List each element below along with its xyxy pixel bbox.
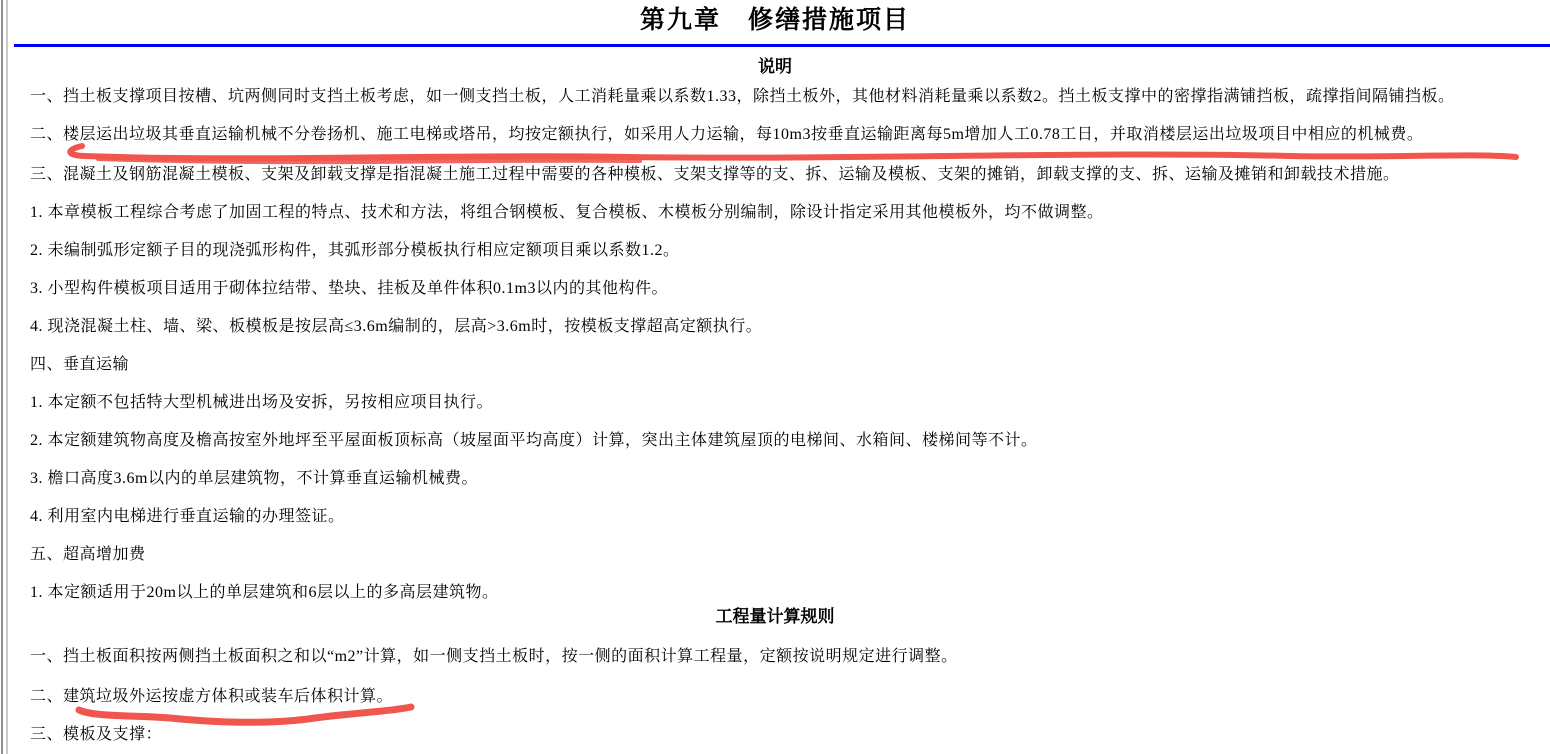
- paragraph-rule-1: 一、挡土板面积按两侧挡土板面积之和以“m2”计算，如一侧支挡土板时，按一侧的面积…: [30, 646, 958, 667]
- red-underline-paragraph-two-thick-icon: [98, 159, 640, 162]
- paragraph-shuoming-4-4: 4. 利用室内电梯进行垂直运输的办理签证。: [30, 506, 345, 527]
- paragraph-shuoming-4: 四、垂直运输: [30, 354, 129, 375]
- red-underline-paragraph-two-icon: [70, 146, 1516, 158]
- paragraph-shuoming-5-1: 1. 本定额适用于20m以上的单层建筑和6层以上的多高层建筑物。: [30, 582, 498, 603]
- red-underline-rule-two-icon: [79, 707, 411, 722]
- paragraph-shuoming-1: 一、挡土板支撑项目按槽、坑两侧同时支挡土板考虑，如一侧支挡土板，人工消耗量乘以系…: [30, 86, 1455, 107]
- paragraph-shuoming-4-1: 1. 本定额不包括特大型机械进出场及安拆，另按相应项目执行。: [30, 392, 493, 413]
- paragraph-shuoming-5: 五、超高增加费: [30, 544, 146, 565]
- section-heading-shuoming: 说明: [0, 56, 1550, 78]
- document-page: 第九章 修缮措施项目 说明 一、挡土板支撑项目按槽、坑两侧同时支挡土板考虑，如一…: [0, 0, 1550, 754]
- section-heading-rules: 工程量计算规则: [0, 606, 1550, 628]
- title-divider-line: [14, 44, 1550, 47]
- window-left-border: [0, 0, 9, 754]
- window-left-border-outer: [1, 0, 3, 754]
- chapter-title: 第九章 修缮措施项目: [0, 5, 1550, 37]
- paragraph-shuoming-3-4: 4. 现浇混凝土柱、墙、梁、板模板是按层高≤3.6m编制的，层高>3.6m时，按…: [30, 316, 762, 337]
- paragraph-rule-2: 二、建筑垃圾外运按虚方体积或装车后体积计算。: [30, 686, 393, 707]
- paragraph-shuoming-3-3: 3. 小型构件模板项目适用于砌体拉结带、垫块、挂板及单件体积0.1m3以内的其他…: [30, 278, 668, 299]
- window-left-border-inner: [6, 0, 8, 754]
- red-underline-annotations: [0, 0, 1550, 754]
- paragraph-shuoming-3: 三、混凝土及钢筋混凝土模板、支架及卸载支撑是指混凝土施工过程中需要的各种模板、支…: [30, 164, 1400, 185]
- paragraph-shuoming-2: 二、楼层运出垃圾其垂直运输机械不分卷扬机、施工电梯或塔吊，均按定额执行，如采用人…: [30, 124, 1423, 145]
- paragraph-shuoming-4-3: 3. 檐口高度3.6m以内的单层建筑物，不计算垂直运输机械费。: [30, 468, 478, 489]
- paragraph-rule-3: 三、模板及支撑：: [30, 724, 162, 745]
- paragraph-shuoming-4-2: 2. 本定额建筑物高度及檐高按室外地坪至平屋面板顶标高（坡屋面平均高度）计算，突…: [30, 430, 1038, 451]
- paragraph-shuoming-3-2: 2. 未编制弧形定额子目的现浇弧形构件，其弧形部分模板执行相应定额项目乘以系数1…: [30, 240, 680, 261]
- paragraph-shuoming-3-1: 1. 本章模板工程综合考虑了加固工程的特点、技术和方法，将组合钢模板、复合模板、…: [30, 202, 1104, 223]
